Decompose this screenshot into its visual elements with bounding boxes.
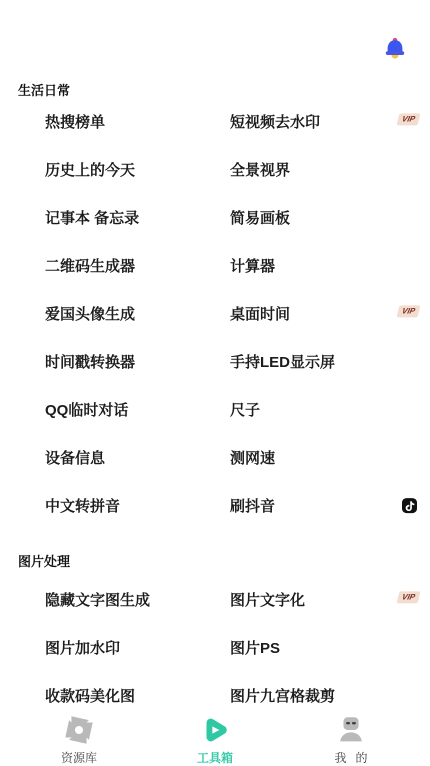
tool-item[interactable]: 记事本 备忘录 — [45, 210, 139, 227]
tool-item[interactable]: 手持LED显示屏 — [230, 354, 335, 371]
tab-profile[interactable]: 我的 — [283, 706, 419, 766]
app-screen: 生活日常 热搜榜单 短视频去水印 VIP 历史上的今天 全景视界 记事本 备忘录… — [0, 0, 430, 766]
tool-item[interactable]: 全景视界 — [230, 162, 290, 179]
tool-row: 隐藏文字图生成 图片文字化 VIP — [0, 575, 430, 623]
pinwheel-icon — [62, 713, 96, 747]
tool-item[interactable]: 刷抖音 — [230, 498, 275, 515]
tool-row: 爱国头像生成 桌面时间 VIP — [0, 289, 430, 337]
tool-item[interactable]: 测网速 — [230, 450, 275, 467]
section-title: 生活日常 — [18, 84, 430, 97]
tab-toolbox[interactable]: 工具箱 — [147, 706, 283, 766]
section-image-processing: 图片处理 隐藏文字图生成 图片文字化 VIP 图片加水印 图片PS 收款码美化图… — [0, 555, 430, 719]
vip-badge: VIP — [397, 591, 421, 603]
tool-item[interactable]: 收款码美化图 — [45, 688, 135, 705]
play-icon — [198, 713, 232, 747]
tool-item[interactable]: 中文转拼音 — [45, 498, 120, 515]
section-title: 图片处理 — [18, 555, 430, 568]
notification-bell-icon[interactable] — [382, 37, 408, 63]
tool-item[interactable]: QQ临时对话 — [45, 402, 128, 419]
tool-row: 热搜榜单 短视频去水印 VIP — [0, 97, 430, 145]
vip-badge: VIP — [397, 305, 421, 317]
tool-item[interactable]: 图片文字化 — [230, 592, 305, 609]
tool-item[interactable]: 图片九宫格裁剪 — [230, 688, 335, 705]
tool-row: QQ临时对话 尺子 — [0, 385, 430, 433]
tool-item[interactable]: 时间戳转换器 — [45, 354, 135, 371]
tool-item[interactable]: 图片PS — [230, 640, 280, 657]
tool-item[interactable]: 爱国头像生成 — [45, 306, 135, 323]
tool-item[interactable]: 桌面时间 — [230, 306, 290, 323]
tool-row: 图片加水印 图片PS — [0, 623, 430, 671]
tool-item[interactable]: 历史上的今天 — [45, 162, 135, 179]
tool-row: 中文转拼音 刷抖音 — [0, 481, 430, 529]
tool-row: 时间戳转换器 手持LED显示屏 — [0, 337, 430, 385]
tool-row: 二维码生成器 计算器 — [0, 241, 430, 289]
tool-item[interactable]: 图片加水印 — [45, 640, 120, 657]
section-daily-life: 生活日常 热搜榜单 短视频去水印 VIP 历史上的今天 全景视界 记事本 备忘录… — [0, 0, 430, 529]
tab-resources[interactable]: 资源库 — [11, 706, 147, 766]
tool-item[interactable]: 设备信息 — [45, 450, 105, 467]
tool-item[interactable]: 计算器 — [230, 258, 275, 275]
tool-item[interactable]: 隐藏文字图生成 — [45, 592, 150, 609]
douyin-icon — [402, 498, 417, 513]
tool-item[interactable]: 简易画板 — [230, 210, 290, 227]
tool-row: 设备信息 测网速 — [0, 433, 430, 481]
tab-label: 工具箱 — [197, 751, 233, 765]
tab-bar: 资源库 工具箱 我的 — [0, 706, 430, 766]
tab-label: 资源库 — [61, 751, 97, 765]
tab-label: 我的 — [334, 751, 376, 765]
tool-item[interactable]: 尺子 — [230, 402, 260, 419]
tool-item[interactable]: 短视频去水印 — [230, 114, 320, 131]
tool-row: 历史上的今天 全景视界 — [0, 145, 430, 193]
tool-item[interactable]: 二维码生成器 — [45, 258, 135, 275]
tool-item[interactable]: 热搜榜单 — [45, 114, 105, 131]
user-icon — [334, 713, 368, 747]
vip-badge: VIP — [397, 113, 421, 125]
tool-row: 记事本 备忘录 简易画板 — [0, 193, 430, 241]
